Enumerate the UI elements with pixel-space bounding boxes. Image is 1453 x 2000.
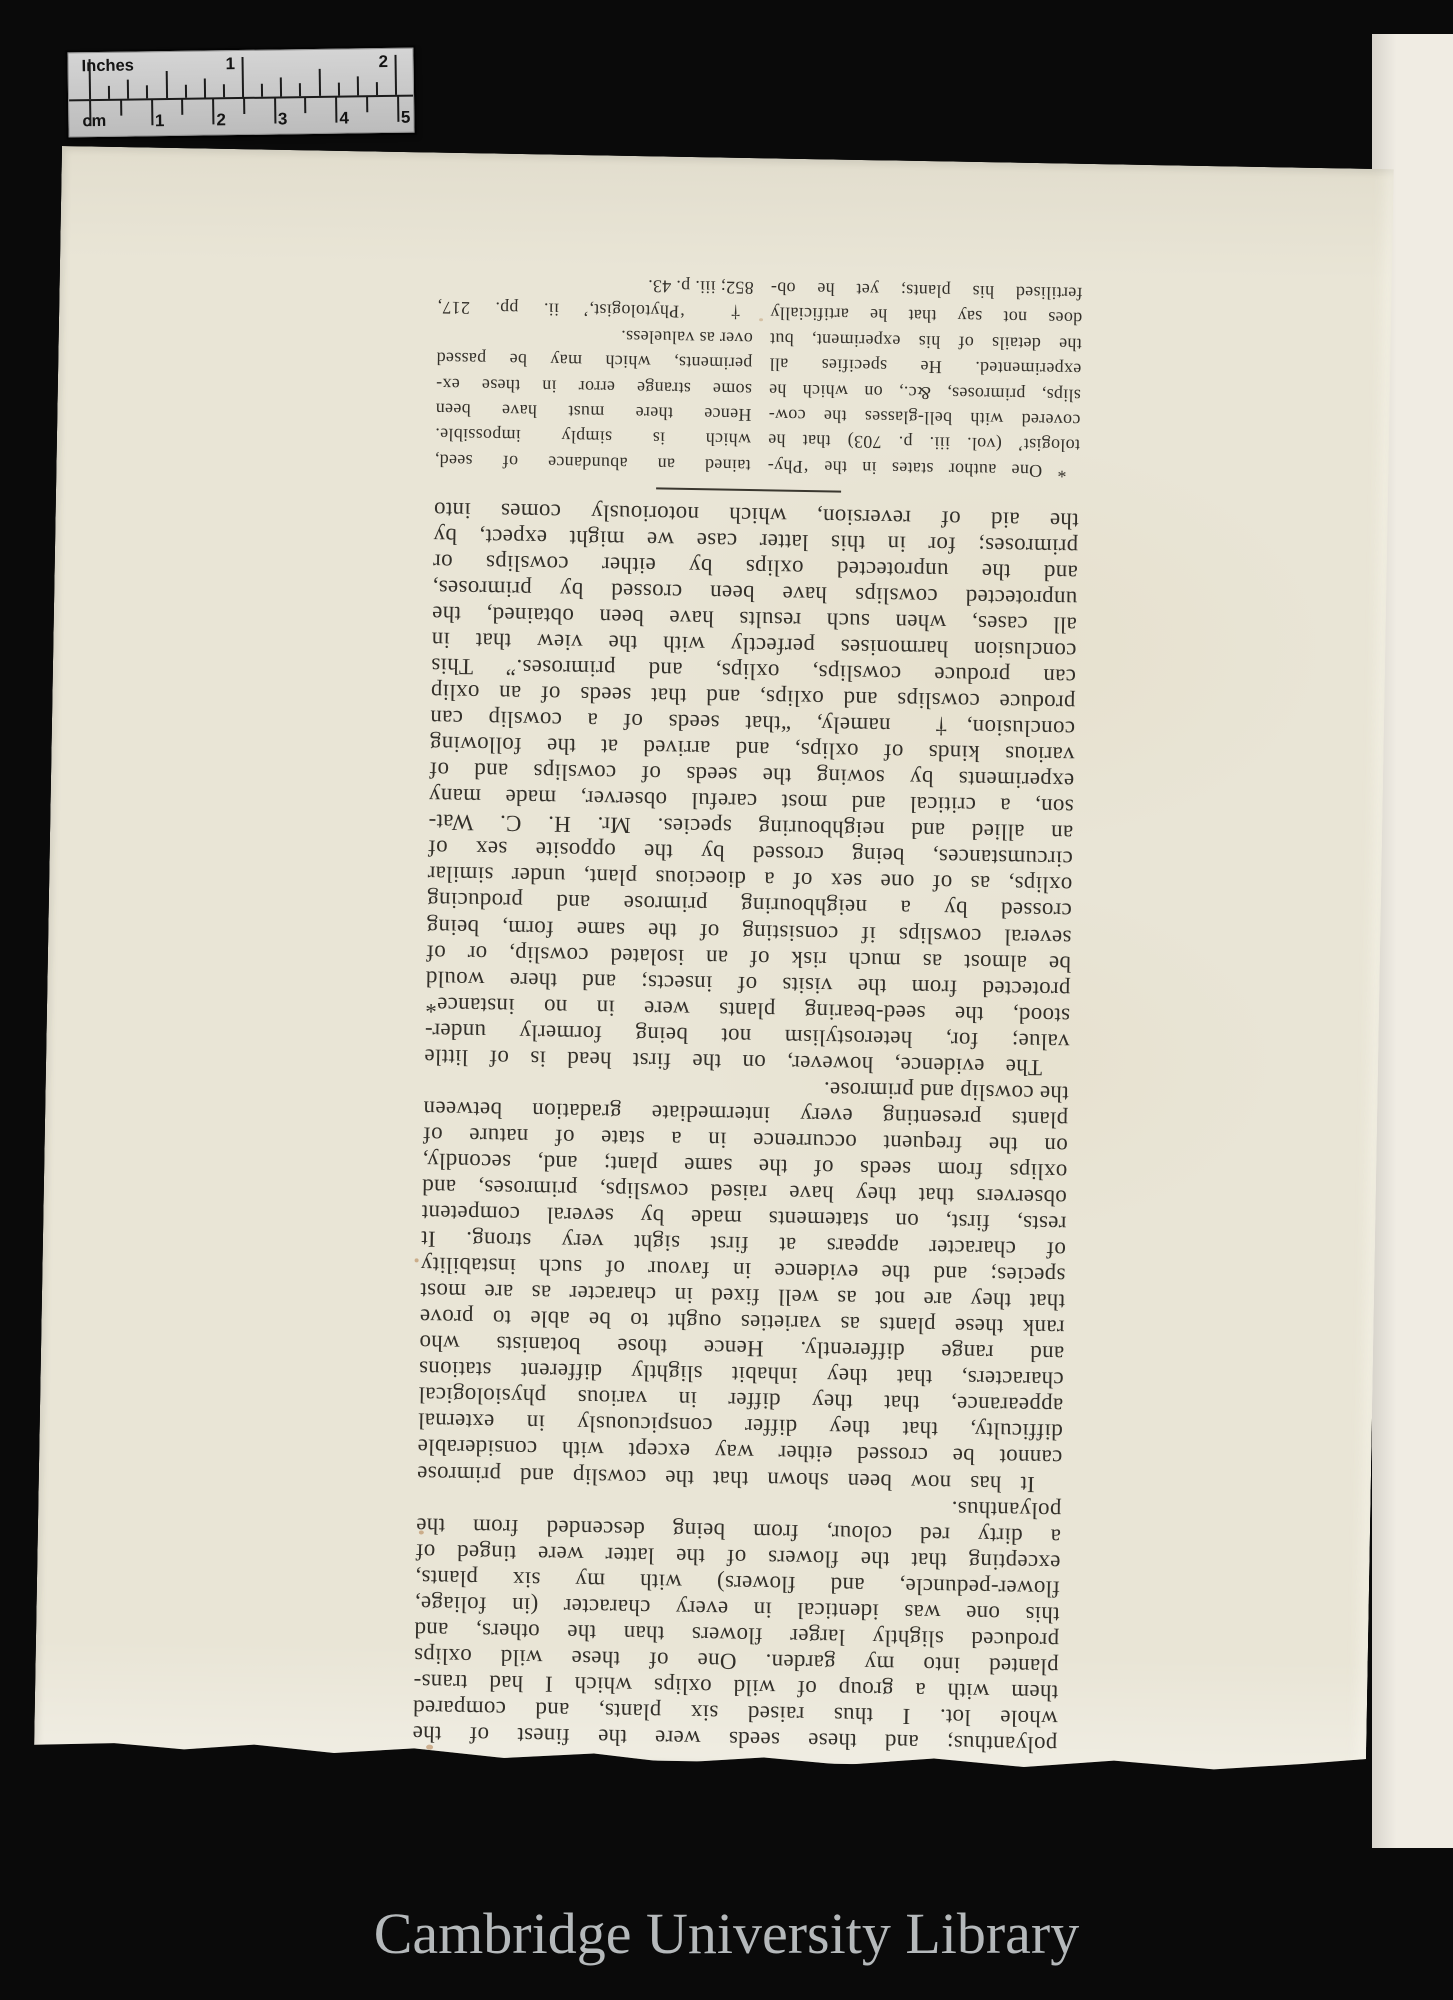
cm-number: 4: [339, 108, 349, 128]
inch-tick: [280, 77, 282, 96]
cm-tick: [335, 97, 337, 123]
cm-tick: [120, 100, 122, 116]
inch-number: 1: [225, 54, 235, 74]
scanned-page-background: polyanthus; and these seeds were the fin…: [0, 0, 1453, 2000]
cm-tick: [89, 100, 91, 126]
cm-number: 3: [278, 109, 288, 129]
ruler-numbers: 1212345: [68, 49, 412, 54]
cm-number: 2: [216, 110, 226, 130]
inch-tick: [204, 78, 206, 97]
inch-tick: [165, 71, 167, 98]
inch-number: 2: [378, 52, 388, 72]
inch-tick: [185, 85, 187, 98]
inch-tick: [337, 83, 339, 96]
inch-tick: [127, 80, 129, 99]
page-text-upside-down: polyanthus; and these seeds were the fin…: [412, 269, 1083, 1758]
inch-tick: [223, 84, 225, 97]
cm-tick: [366, 96, 368, 112]
cm-tick: [243, 98, 245, 114]
text-line: fertilised his plants; yet he ob-: [770, 275, 1082, 306]
cm-tick: [212, 98, 214, 124]
paragraph: It has now been shown that the cowslip a…: [417, 1069, 1069, 1497]
cm-tick: [304, 97, 306, 113]
cm-tick: [274, 98, 276, 124]
inch-tick: [299, 83, 301, 96]
inch-tick: [261, 84, 263, 97]
ruler-cm-label: cm: [82, 112, 106, 131]
ruler-ticks: [68, 49, 412, 54]
paragraph: The evidence, however, on the first head…: [424, 496, 1079, 1080]
inch-tick: [376, 82, 378, 95]
inch-tick: [357, 76, 359, 95]
cm-tick: [151, 99, 153, 125]
foxing-speck: [415, 1258, 419, 1262]
inch-tick: [108, 86, 110, 99]
cm-tick: [181, 99, 183, 115]
paragraph: polyanthus; and these seeds were the fin…: [412, 1486, 1061, 1758]
inch-tick: [242, 57, 245, 97]
book-page: polyanthus; and these seeds were the fin…: [34, 146, 1394, 1773]
cm-number: 1: [155, 111, 165, 131]
inch-tick: [318, 69, 320, 96]
inch-tick: [146, 85, 148, 98]
footnotes: * One author states in the ‘Phy-tologist…: [434, 269, 1082, 483]
footnote-rule: [656, 487, 841, 492]
text-line: the details of his experiment, but: [770, 326, 1082, 357]
cm-number: 5: [401, 108, 411, 128]
footnote-column-2: tained an abundance of seed,which is sim…: [434, 269, 753, 478]
library-watermark: Cambridge University Library: [0, 1898, 1453, 1978]
footnote-column-1: * One author states in the ‘Phy-tologist…: [767, 275, 1082, 484]
inch-tick: [394, 55, 397, 95]
measurement-ruler: Inches cm 1212345: [67, 48, 414, 138]
text-line: slips, primroses, &c., on which he: [769, 377, 1081, 408]
cm-tick: [397, 96, 399, 122]
